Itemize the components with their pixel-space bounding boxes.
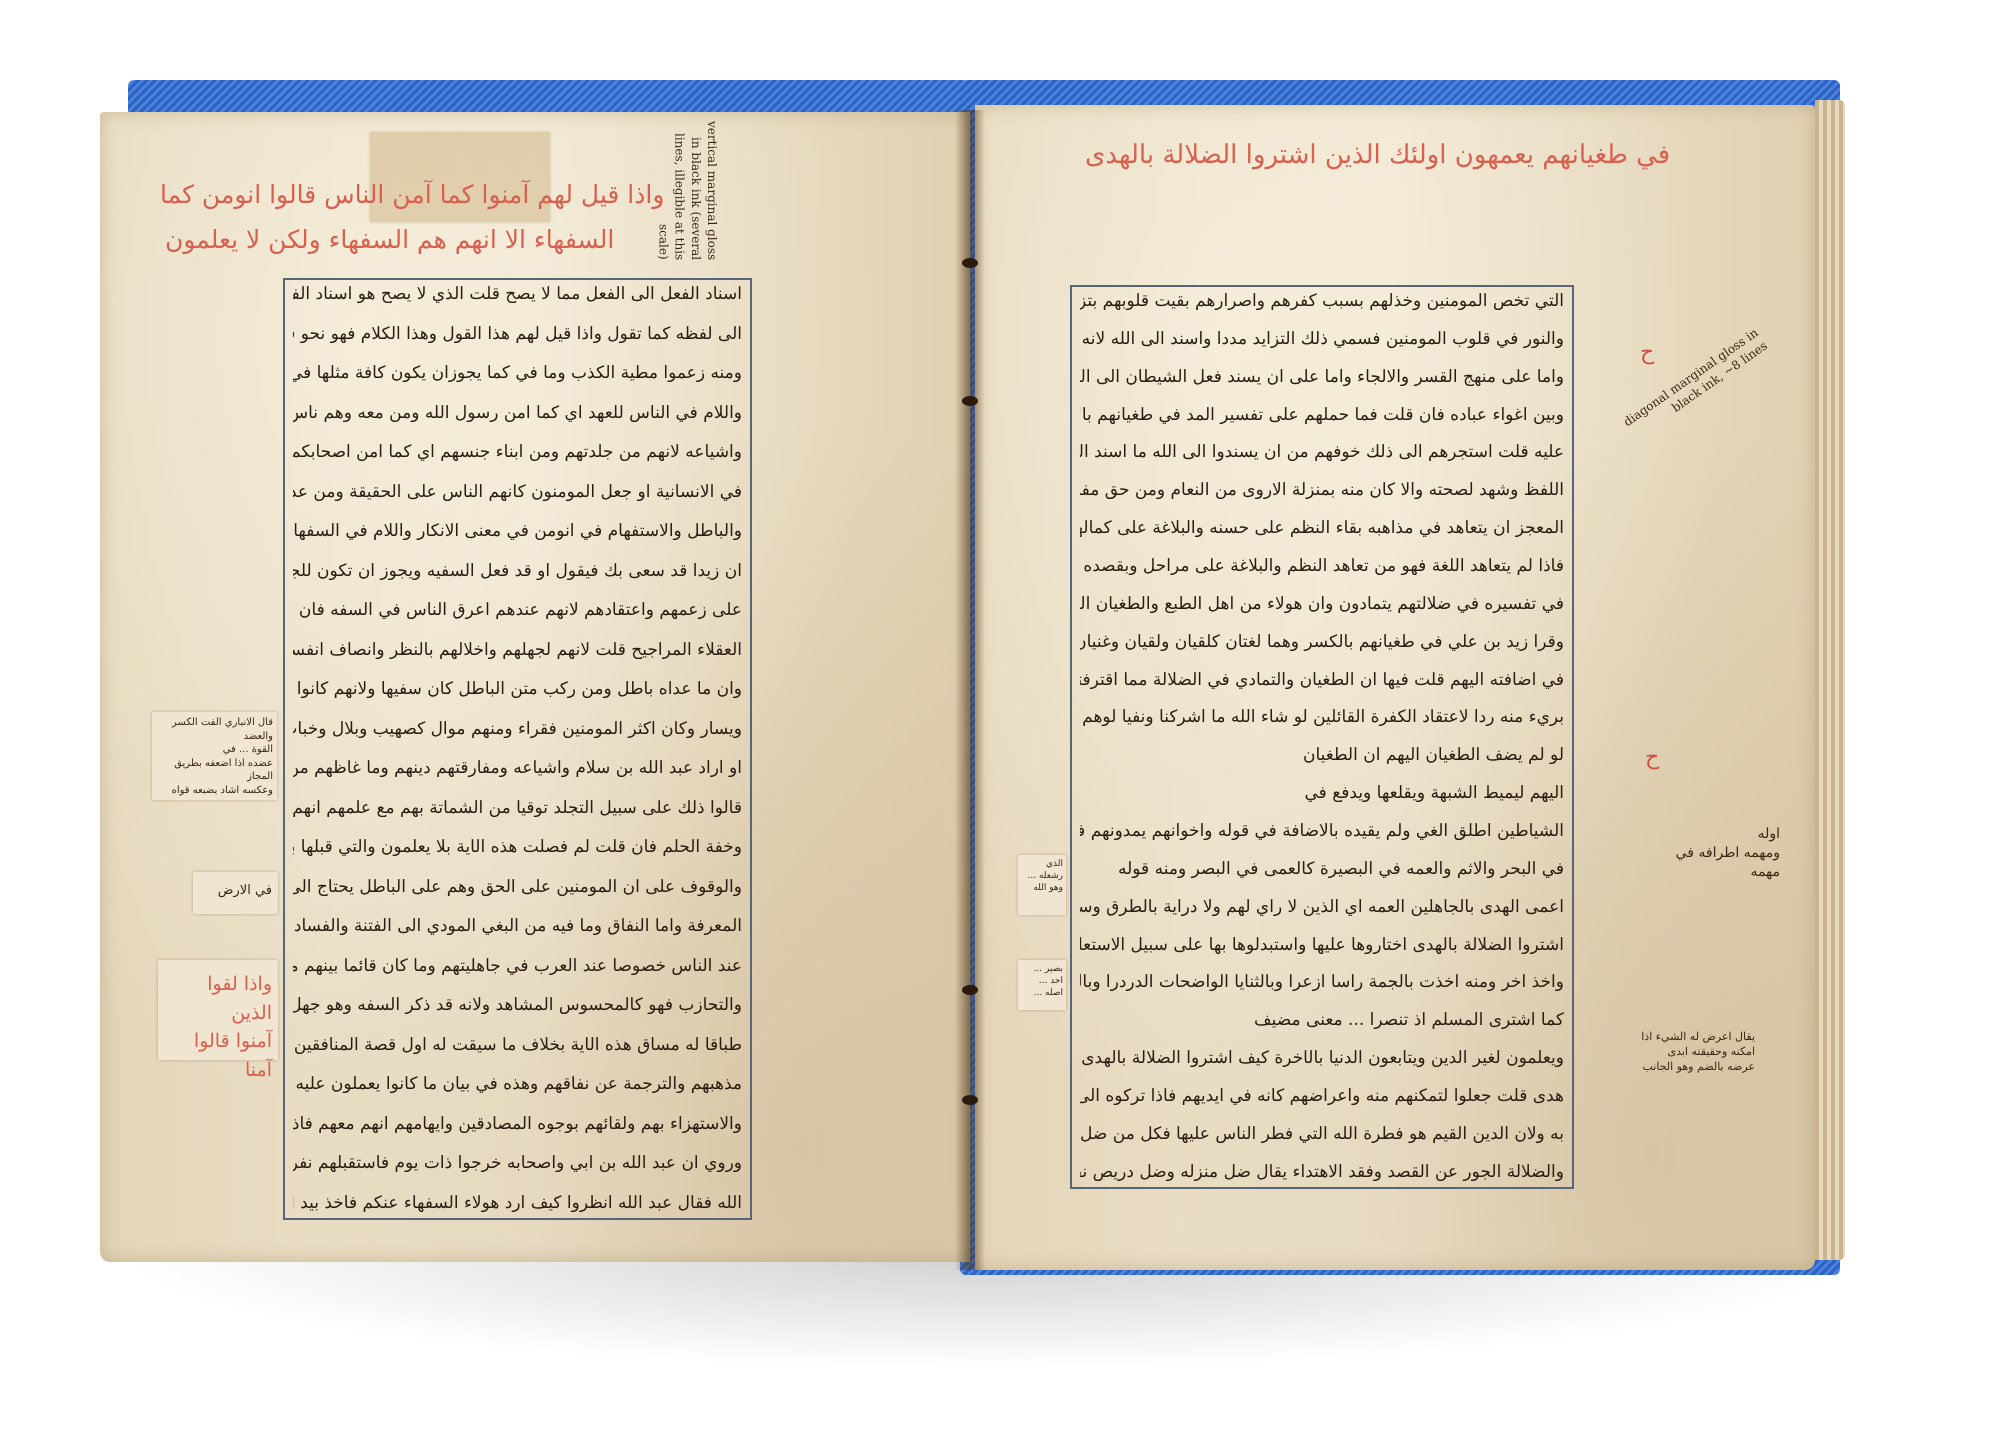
text-line: طباقا له مساق هذه الآية بخلاف ما سيقت له… — [293, 1037, 742, 1054]
text-line: هدى قلت جعلوا لتمكنهم منه واعراضهم كانه … — [1080, 1088, 1564, 1105]
text-line: وقرا زيد بن علي في طغيانهم بالكسر وهما ل… — [1080, 634, 1564, 651]
text-line: ومنه زعموا مطية الكذب وما في كما يجوزان … — [293, 365, 742, 382]
text-line: والنور في قلوب المومنين فسمي ذلك التزايد… — [1080, 331, 1564, 348]
margin-gloss-verse: اوله ومهمه اطرافه في مهمه — [1660, 825, 1780, 882]
gloss-line: ومهمه اطرافه في مهمه — [1660, 844, 1780, 882]
text-line: واخذ آخر ومنه اخذت بالجمة راسا ازعرا وبا… — [1080, 974, 1564, 991]
gloss-line: الذي رشعله ... وهو الله — [1018, 855, 1066, 897]
text-line: والضلالة الجور عن القصد وفقد الاهتداء يق… — [1080, 1164, 1564, 1181]
text-line: اليهم ليميط الشبهة ويقلعها ويدفع في — [1080, 785, 1564, 802]
text-line: فاذا لم يتعاهد اللغة فهو من تعاهد النظم … — [1080, 558, 1564, 575]
text-line: قالوا ذلك على سبيل التجلد توقيا من الشما… — [293, 800, 742, 817]
text-line: وروي ان عبد الله بن ابي واصحابه خرجوا ذا… — [293, 1155, 742, 1172]
margin-patch-gloss: قال الانباري الفت الكسر والعضد القوة ...… — [152, 712, 277, 800]
gutter-patch-note: بصير ... احد ... اصله ... — [1018, 960, 1066, 1010]
text-line: العقلاء المراجيح قلت لانهم لجهلهم واخلال… — [293, 642, 742, 659]
text-line: بريء منه ردا لاعتقاد الكفرة القائلين لو … — [1080, 709, 1564, 726]
text-line: الى لفظه كما تقول واذا قيل لهم هذا القول… — [293, 326, 742, 343]
left-top-margin-gloss: vertical marginal gloss in black ink (se… — [470, 110, 720, 260]
gloss-line: قال الانباري الفت الكسر والعضد — [156, 716, 273, 743]
text-line: وان ما عداه باطل ومن ركب متن الباطل كان … — [293, 681, 742, 698]
gloss-line: وعكسه اشاد بضبعه قواه — [156, 784, 273, 798]
text-line: لو لم يضف الطغيان اليهم ان الطغيان — [1080, 747, 1564, 764]
text-line: المعجز ان يتعاهد في مذاهبه بقاء النظم عل… — [1080, 520, 1564, 537]
right-red-heading: في طغيانهم يعمهون اولئك الذين اشتروا الض… — [1085, 140, 1670, 170]
text-line: في البحر والاثم والعمه في البصيرة كالعمى… — [1080, 861, 1564, 878]
text-line: ويعلمون لغير الدين ويتابعون الدنيا بالآخ… — [1080, 1050, 1564, 1067]
gloss-line: عرضه بالضم وهو الجانب — [1640, 1060, 1755, 1075]
text-line: ويسار وكان اكثر المومنين فقراء ومنهم موا… — [293, 721, 742, 738]
text-line: والوقوف على ان المومنين على الحق وهم على… — [293, 879, 742, 896]
left-text-lines: اسناد الفعل الى الفعل مما لا يصح قلت الذ… — [293, 286, 742, 1212]
gloss-line: امكنه وحقيقته ابدى — [1640, 1045, 1755, 1060]
right-text-lines: التي تخص المومنين وخذلهم بسبب كفرهم واصر… — [1080, 293, 1564, 1181]
text-line: كما اشترى المسلم اذ تنصرا ... معنى مضيف — [1080, 1012, 1564, 1029]
text-line: وبين اغواء عباده فان قلت فما حملهم على ت… — [1080, 407, 1564, 424]
gloss-line: عضده اذا اضعفه بطريق المجاز — [156, 757, 273, 784]
text-line: واشياعه لانهم من جلدتهم ومن ابناء جنسهم … — [293, 444, 742, 461]
text-line: عليه قلت استجرهم الى ذلك خوفهم من ان يسن… — [1080, 444, 1564, 461]
margin-patch-red-catchword: واذا لقوا الذين آمنوا قالوا آمنا — [158, 960, 278, 1060]
text-line: الله فقال عبد الله انظروا كيف ارد هولاء … — [293, 1195, 742, 1212]
text-line: واما على منهج القسر والالجاء واما على ان… — [1080, 369, 1564, 386]
red-margin-mark: ح — [1640, 340, 1654, 365]
text-line: التي تخص المومنين وخذلهم بسبب كفرهم واصر… — [1080, 293, 1564, 310]
margin-gloss-lexical: يقال اعرض له الشيء اذا امكنه وحقيقته ابد… — [1640, 1030, 1755, 1075]
gloss-line: يقال اعرض له الشيء اذا — [1640, 1030, 1755, 1045]
text-line: واللام في الناس للعهد اي كما آمن رسول ال… — [293, 405, 742, 422]
gloss-line: في الارض — [193, 872, 278, 910]
sewing-station — [962, 985, 978, 995]
sewing-station — [962, 396, 978, 406]
text-line: عند الناس خصوصا عند العرب في جاهليتهم وم… — [293, 958, 742, 975]
text-line: والتحازب فهو كالمحسوس المشاهد ولانه قد ذ… — [293, 997, 742, 1014]
text-line: في تفسيره في ضلالتهم يتمادون وان هولاء م… — [1080, 596, 1564, 613]
gloss-line: بصير ... احد ... اصله ... — [1018, 960, 1066, 1002]
text-line: على زعمهم واعتقادهم لانهم عندهم اعرق الن… — [293, 602, 742, 619]
text-line: اللفظ وشهد لصحته والا كان منه بمنزلة الا… — [1080, 482, 1564, 499]
red-margin-mark: ح — [1645, 745, 1659, 770]
text-line: اشتروا الضلالة بالهدى اختاروها عليها واس… — [1080, 937, 1564, 954]
red-catchword-line: واذا لقوا الذين — [164, 970, 272, 1027]
sewing-station — [962, 1095, 978, 1105]
text-line: المعرفة واما النفاق وما فيه من البغي الم… — [293, 918, 742, 935]
text-line: الشياطين اطلق الغي ولم يقيده بالاضافة في… — [1080, 823, 1564, 840]
gloss-line: القوة ... في — [156, 743, 273, 757]
sewing-station — [962, 258, 978, 268]
text-line: به ولان الدين القيم هو فطرة الله التي فط… — [1080, 1126, 1564, 1143]
text-line: في اضافته اليهم قلت فيها ان الطغيان والت… — [1080, 672, 1564, 689]
text-line: اسناد الفعل الى الفعل مما لا يصح قلت الذ… — [293, 286, 742, 303]
text-line: او اراد عبد الله بن سلام واشياعه ومفارقت… — [293, 760, 742, 777]
margin-patch-note: في الارض — [193, 872, 278, 914]
gloss-line: اوله — [1660, 825, 1780, 844]
gutter-patch-note: الذي رشعله ... وهو الله — [1018, 855, 1066, 915]
text-block-edges — [1815, 100, 1845, 1260]
text-line: ان زيدا قد سعى بك فيقول او قد فعل السفيه… — [293, 563, 742, 580]
left-text-block: اسناد الفعل الى الفعل مما لا يصح قلت الذ… — [283, 278, 752, 1220]
text-line: والباطل والاستفهام في انومن في معنى الان… — [293, 523, 742, 540]
red-catchword-line: آمنوا قالوا آمنا — [164, 1027, 272, 1084]
text-line: في الانسانية او جعل المومنون كانهم الناس… — [293, 484, 742, 501]
text-line: مذهبهم والترجمة عن نفاقهم وهذه في بيان م… — [293, 1076, 742, 1093]
text-line: وخفة الحلم فان قلت لم فصلت هذه الآية بلا… — [293, 839, 742, 856]
text-line: اعمى الهدى بالجاهلين العمه اي الذين لا ر… — [1080, 899, 1564, 916]
right-text-block: التي تخص المومنين وخذلهم بسبب كفرهم واصر… — [1070, 285, 1574, 1189]
text-line: والاستهزاء بهم ولقائهم بوجوه المصادقين و… — [293, 1116, 742, 1133]
